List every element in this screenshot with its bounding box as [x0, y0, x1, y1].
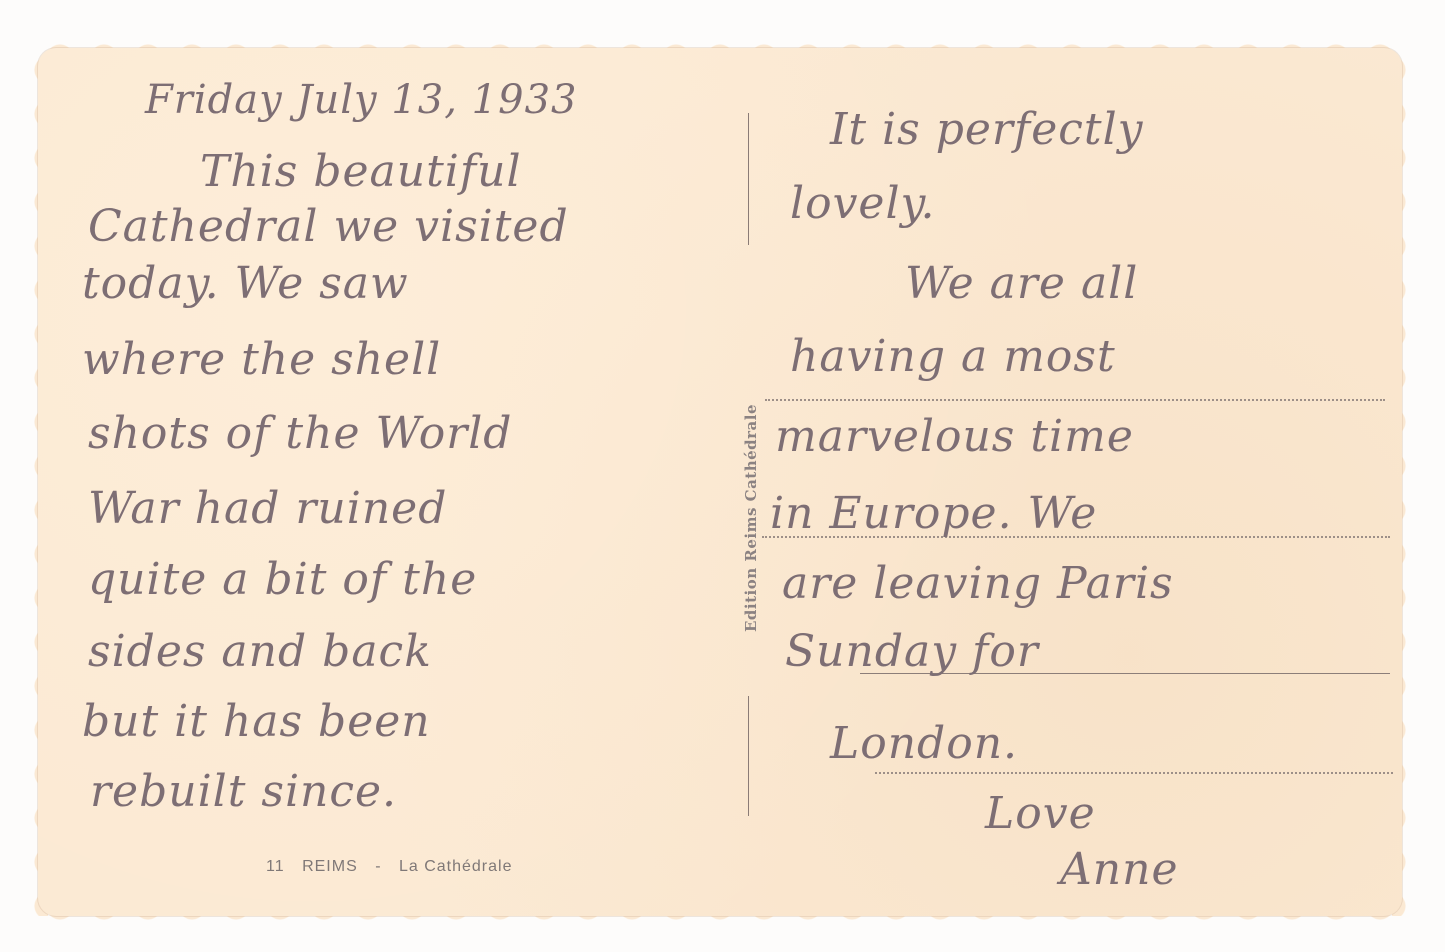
caption-separator: -: [375, 858, 381, 875]
message-line: London.: [830, 722, 1018, 766]
message-line: lovely.: [790, 182, 936, 226]
printed-caption: 11 REIMS - La Cathédrale: [266, 858, 524, 876]
message-line: having a most: [790, 335, 1116, 379]
message-line: quite a bit of the: [88, 558, 477, 602]
caption-place: REIMS: [302, 858, 358, 875]
publisher-imprint: Edition Reims Cathédrale: [742, 404, 760, 632]
message-line: are leaving Paris: [782, 562, 1174, 606]
message-line: rebuilt since.: [90, 770, 397, 814]
message-line: sides and back: [88, 630, 432, 674]
message-line: We are all: [905, 262, 1138, 306]
message-closing: Love: [985, 792, 1096, 836]
address-line-1: [765, 399, 1385, 401]
caption-number: 11: [266, 858, 285, 875]
address-line-4: [875, 772, 1393, 774]
message-line: shots of the World: [88, 412, 512, 456]
message-line: today. We saw: [82, 262, 409, 306]
message-line: in Europe. We: [770, 492, 1097, 536]
message-line: It is perfectly: [830, 108, 1144, 152]
center-divider-bottom: [748, 696, 749, 816]
message-line: Sunday for: [785, 630, 1039, 674]
message-line: War had ruined: [88, 487, 447, 531]
message-date: Friday July 13, 1933: [145, 80, 577, 120]
message-line: This beautiful: [200, 150, 522, 194]
message-line: where the shell: [82, 338, 441, 382]
message-signature: Anne: [1060, 848, 1179, 892]
center-divider-top: [748, 113, 749, 245]
message-line: but it has been: [82, 700, 431, 744]
message-line: Cathedral we visited: [88, 205, 569, 249]
message-line: marvelous time: [775, 415, 1134, 459]
caption-title: La Cathédrale: [399, 858, 513, 875]
